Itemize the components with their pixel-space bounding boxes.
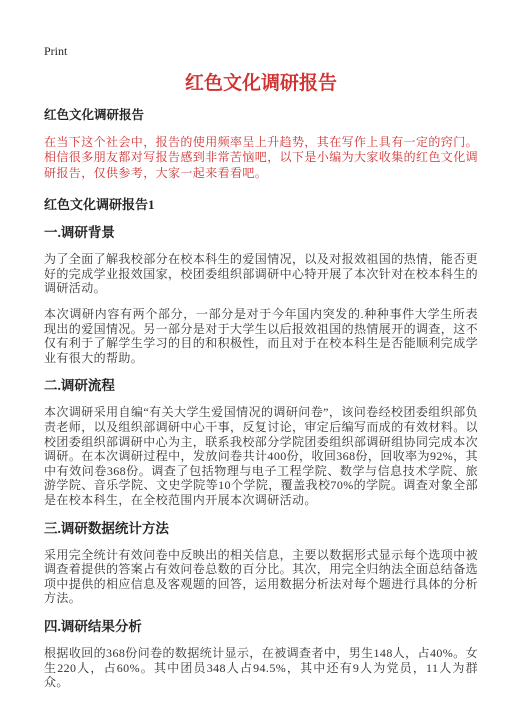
section-heading-statistics-method: 三.调研数据统计方法 bbox=[44, 521, 478, 537]
intro-paragraph: 在当下这个社会中，报告的使用频率呈上升趋势，其在写作上具有一定的窍门。相信很多朋… bbox=[44, 135, 478, 181]
section-paragraph: 根据收回的368份问卷的数据统计显示，在被调查者中，男生148人，占40%。女生… bbox=[44, 646, 478, 690]
page-title: 红色文化调研报告 bbox=[44, 73, 478, 95]
section-paragraph: 采用完全统计有效问卷中反映出的相关信息，主要以数据形式显示每个选项中被调查着提供… bbox=[44, 548, 478, 606]
document-page: Print 红色文化调研报告 红色文化调研报告 在当下这个社会中，报告的使用频率… bbox=[0, 0, 520, 718]
section-heading-background: 一.调研背景 bbox=[44, 225, 478, 241]
document-subtitle: 红色文化调研报告 bbox=[44, 108, 478, 122]
report-heading: 红色文化调研报告1 bbox=[44, 197, 478, 212]
section-paragraph: 本次调研采用自编“有关大学生爱国情况的调研问卷”，该问卷经校团委组织部负责老师，… bbox=[44, 405, 478, 507]
section-heading-process: 二.调研流程 bbox=[44, 378, 478, 394]
section-paragraph: 为了全面了解我校部分在校本科生的爱国情况，以及对报效祖国的热情，能否更好的完成学… bbox=[44, 252, 478, 296]
section-heading-result-analysis: 四.调研结果分析 bbox=[44, 619, 478, 635]
print-button[interactable]: Print bbox=[44, 45, 67, 57]
section-paragraph: 本次调研内容有两个部分，一部分是对于今年国内突发的.种种事件大学生所表现出的爱国… bbox=[44, 307, 478, 365]
